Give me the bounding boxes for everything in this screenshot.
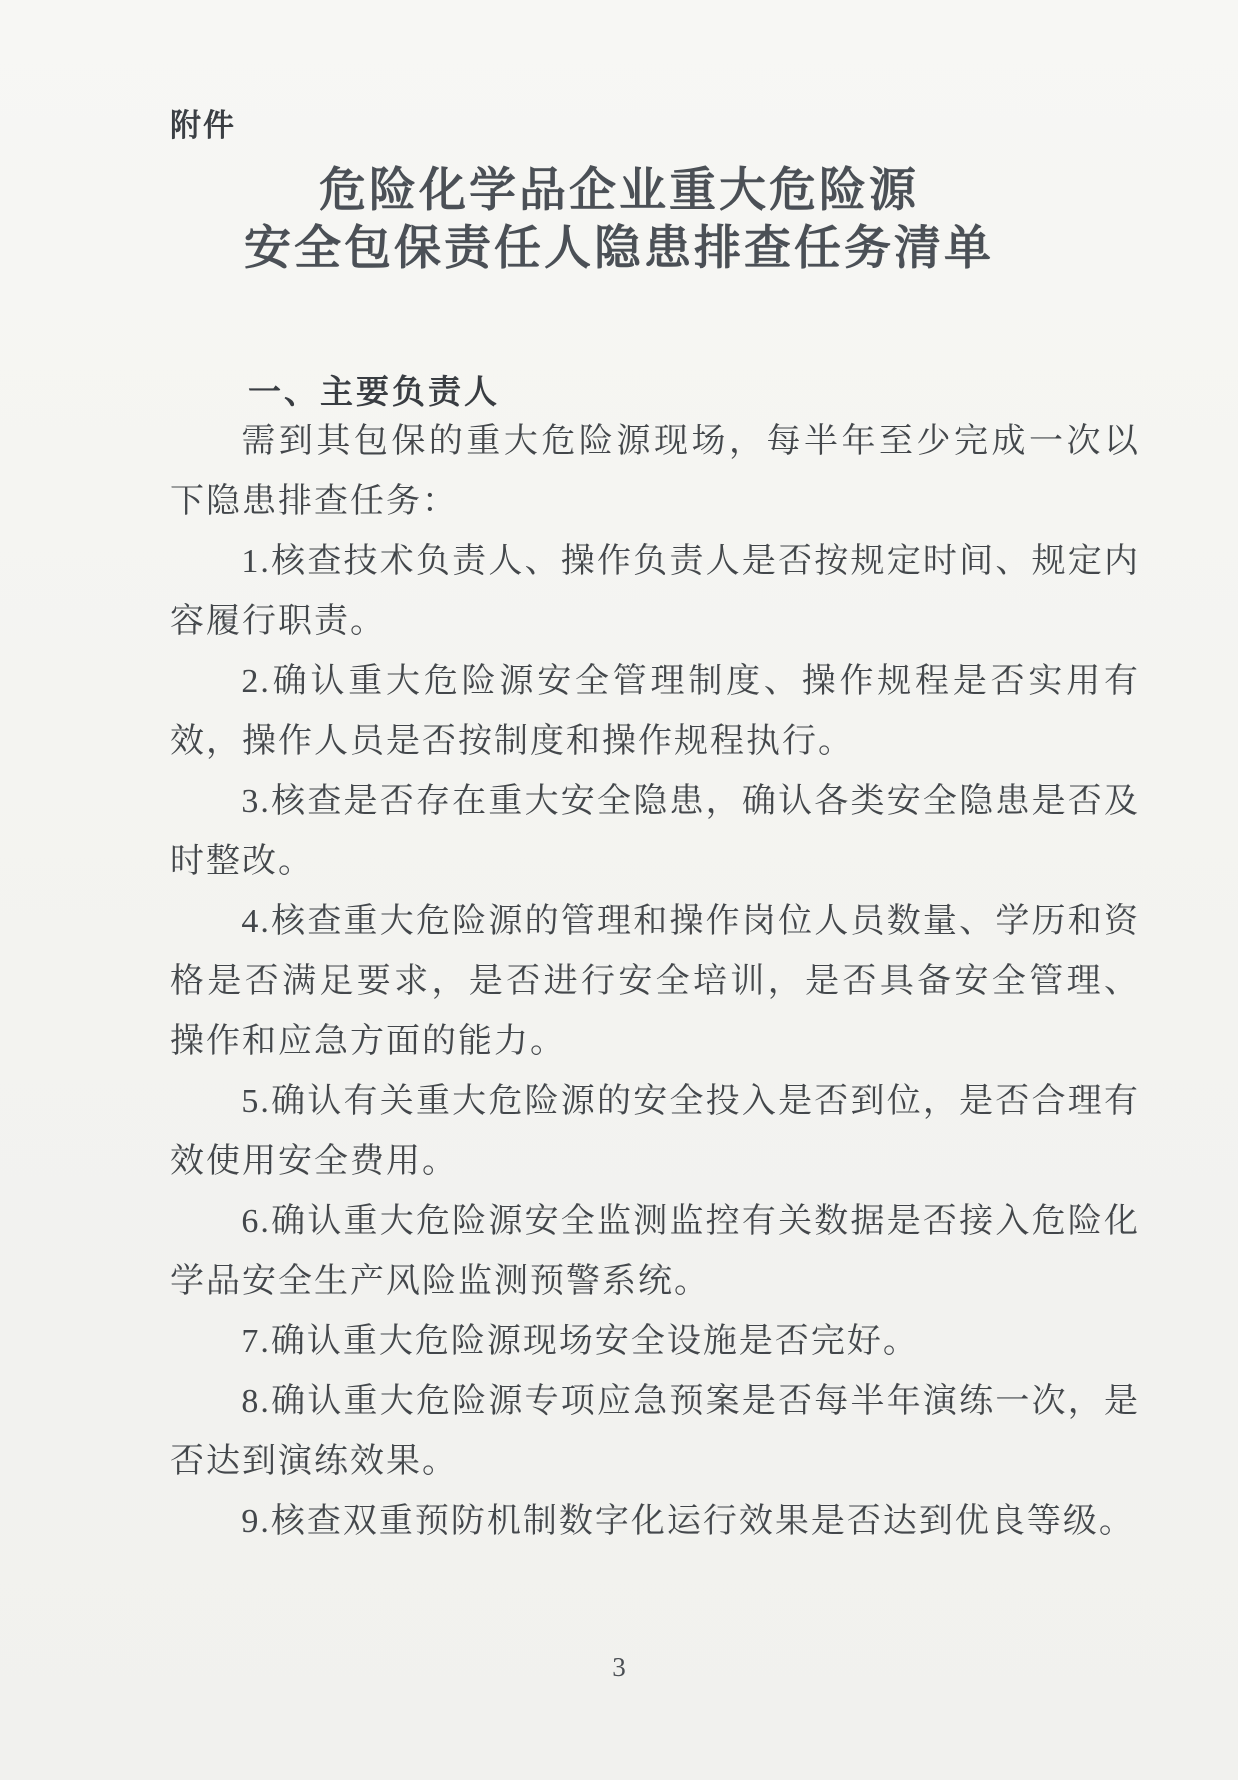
task-item: 7.确认重大危险源现场安全设施是否完好。: [170, 1312, 1140, 1372]
task-item: 8.确认重大危险源专项应急预案是否每半年演练一次，是否达到演练效果。: [170, 1372, 1140, 1492]
intro-paragraph: 需到其包保的重大危险源现场，每半年至少完成一次以下隐患排查任务：: [170, 412, 1140, 532]
title-line-2: 安全包保责任人隐患排查任务清单: [0, 220, 1238, 278]
page-number: 3: [0, 1652, 1238, 1683]
document-title: 危险化学品企业重大危险源 安全包保责任人隐患排查任务清单: [0, 162, 1238, 278]
task-item: 2.确认重大危险源安全管理制度、操作规程是否实用有效，操作人员是否按制度和操作规…: [170, 652, 1140, 772]
task-item: 9.核查双重预防机制数字化运行效果是否达到优良等级。: [170, 1492, 1140, 1552]
task-item: 4.核查重大危险源的管理和操作岗位人员数量、学历和资格是否满足要求，是否进行安全…: [170, 892, 1140, 1072]
task-list: 1.核查技术负责人、操作负责人是否按规定时间、规定内容履行职责。 2.确认重大危…: [170, 532, 1140, 1552]
section-heading: 一、主要负责人: [248, 366, 500, 413]
task-item: 1.核查技术负责人、操作负责人是否按规定时间、规定内容履行职责。: [170, 532, 1140, 652]
task-item: 6.确认重大危险源安全监测监控有关数据是否接入危险化学品安全生产风险监测预警系统…: [170, 1192, 1140, 1312]
title-line-1: 危险化学品企业重大危险源: [0, 162, 1238, 220]
section-body: 需到其包保的重大危险源现场，每半年至少完成一次以下隐患排查任务： 1.核查技术负…: [170, 412, 1140, 1552]
document-page: 附件 危险化学品企业重大危险源 安全包保责任人隐患排查任务清单 一、主要负责人 …: [0, 0, 1238, 1780]
attachment-label: 附件: [170, 100, 236, 145]
task-item: 3.核查是否存在重大安全隐患，确认各类安全隐患是否及时整改。: [170, 772, 1140, 892]
task-item: 5.确认有关重大危险源的安全投入是否到位，是否合理有效使用安全费用。: [170, 1072, 1140, 1192]
